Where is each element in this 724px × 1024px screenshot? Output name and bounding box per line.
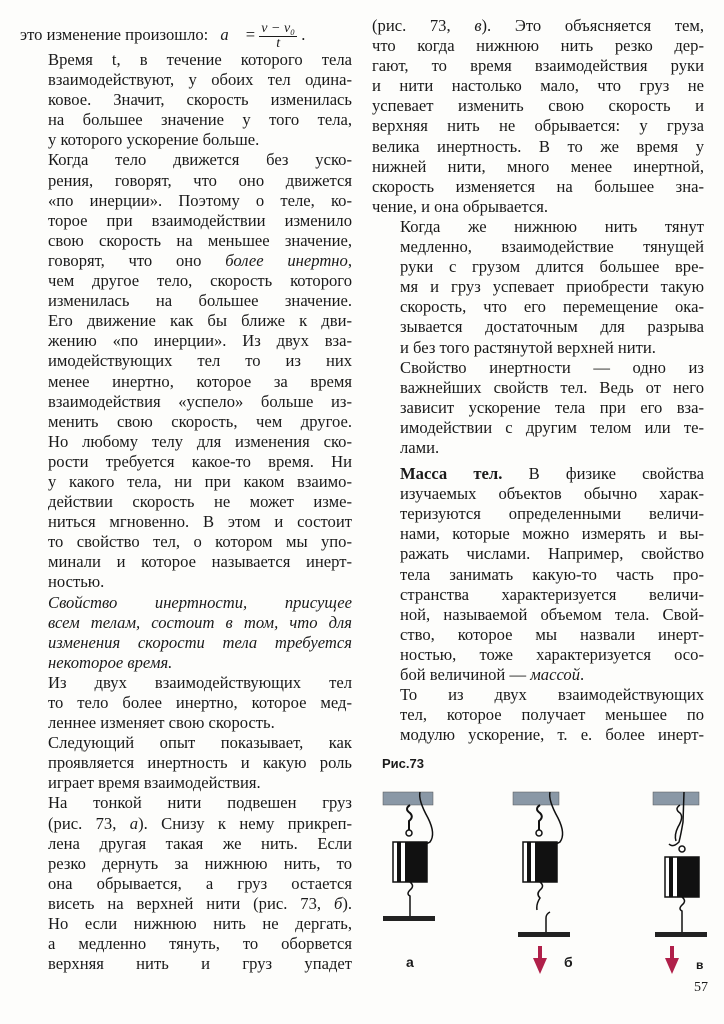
text-line: медленно, взаимодействие тянущей [372,237,704,257]
page-number: 57 [694,980,708,996]
paragraph-mass-definition: То из двух взаимодействующих тел, которо… [372,685,704,745]
text-span: , [348,251,352,270]
text-line: странства характеризуется величи- [372,585,704,605]
panel-v-apparatus [653,792,707,937]
text-line: То из двух взаимодействующих [372,685,704,705]
figure-illustration [370,752,720,1002]
text-line: модулю ускорение, т. е. более инерт- [372,725,704,745]
text-line: нижней нити, много менее инертной, [372,157,704,177]
text-line: Но если нижнюю нить не дергать, [20,914,352,934]
text-span: . [580,665,584,684]
paragraph-mass: Масса тел. В физике свойства изучаемых о… [372,464,704,685]
text-line: верхняя нить не обрывается: у груза [372,116,704,136]
text-span: ). Это объясняется тем, [482,16,704,35]
text-line: она обрывается, а груз остается [20,874,352,894]
paragraph-experiment-intro: Следующий опыт показывает, как проявляет… [20,733,352,793]
text-line: Из двух взаимодействующих тел [20,673,352,693]
text-line: менить свою скорость, чем другое. [20,412,352,432]
paragraph-two-bodies: Из двух взаимодействующих тел то тело бо… [20,673,352,733]
text-line: зывается достаточным для разрыва [372,317,704,337]
pull-arrow-b-icon [533,946,547,974]
formula-line: это изменение произошло: a⃗ = v − v₀ t . [20,20,352,50]
figure-ref-a: а [130,814,138,833]
text-line: всем телам, состоит в том, что для [20,613,352,633]
text-line: взаимодействуют, у обоих тел одина- [20,70,352,90]
formula-numerator: v − v₀ [259,22,297,37]
text-line: резко дернуть за нижнюю нить, то [20,854,352,874]
panel-b-apparatus [513,792,570,937]
definition-inertia: Свойство инертности, присущее всем телам… [20,593,352,673]
text-line: леннее изменяет свою скорость. [20,713,352,733]
text-line: взаимодействия «успело» больше из- [20,392,352,412]
text-span: В физике свойства [502,464,704,483]
text-line: гают, то время взаимодействия руки [372,56,704,76]
text-line: скорость изменяется на большее зна- [372,177,704,197]
text-line: то свойство тел, о котором мы упо- [20,532,352,552]
paragraph-experiment: На тонкой нити подвешен груз (рис. 73, а… [20,793,352,974]
text-span: ). [342,894,352,913]
text-line: ниться мгновенно. В этом и состоит [20,512,352,532]
paragraph-slow-pull: Когда же нижнюю нить тянут медленно, вза… [372,217,704,358]
text-line: действии скорость не может изме- [20,492,352,512]
text-line: ражать числами. Например, свойство [372,544,704,564]
panel-label-v: в [696,958,703,972]
figure-73: Рис.73 [370,752,720,1002]
text-line: а медленно тянуть, то оборвется [20,934,352,954]
text-line: Но любому телу для изменения ско- [20,432,352,452]
paragraph-inertia-motion: Когда тело движется без уско- рения, гов… [20,150,352,592]
text-line: лена другая такая же нить. Если [20,834,352,854]
text-line: у какого тела, ни при каком взаимо- [20,472,352,492]
text-line: ство, которое мы назвали инерт- [372,625,704,645]
text-line: у которого ускорение больше. [20,130,352,150]
text-line: важнейших свойств тел. Ведь от него [372,378,704,398]
paragraph-time: Время t, в течение которого тела взаимод… [20,50,352,150]
formula-denominator: t [259,37,297,51]
text-line: тела занимать какую-то часть про- [372,565,704,585]
text-line: чение, и она обрывается. [372,197,704,217]
emphasis-mass: массой [530,665,580,684]
figure-ref-v: в [474,16,481,35]
text-line: (рис. 73, в). Это объясняется тем, [372,16,704,36]
panel-a-apparatus [383,792,435,921]
text-line: нами, которые можно измерять и вы- [372,524,704,544]
text-span: (рис. 73, [372,16,451,35]
text-line: свою скорость на меньшее значение, [20,231,352,251]
text-line: велика инертность. В то же время у [372,137,704,157]
text-line: имодействии с другим телом или те- [372,418,704,438]
text-line: теризуются определенными величи- [372,504,704,524]
text-line: изменения скорости тела требуется [20,633,352,653]
text-line: изменилась на большее значение. [20,291,352,311]
text-span: (рис. 73, [48,814,116,833]
panel-label-a: а [406,954,414,970]
text-line: Следующий опыт показывает, как [20,733,352,753]
text-line: ковое. Значит, скорость изменилась [20,90,352,110]
text-line: Когда тело движется без уско- [20,150,352,170]
text-span: висеть на верхней нити (рис. 73, [48,894,321,913]
text-line: и нити настолько мало, что груз не [372,76,704,96]
text-line: успевает изменить свою скорость и [372,96,704,116]
text-line: Масса тел. В физике свойства [372,464,704,484]
text-line: зависит ускорение тела при его вза- [372,398,704,418]
pull-arrow-v-icon [665,946,679,974]
formula-lhs: a⃗ [220,25,241,44]
text-line: лами. [372,438,704,458]
text-line: имодействующих тел то из них [20,351,352,371]
right-column: (рис. 73, в). Это объясняется тем, что к… [372,16,704,745]
paragraph-property: Свойство инертности — одно из важнейших … [372,358,704,458]
section-heading-mass: Масса тел. [400,464,502,483]
text-line: ностью, тоже характеризуется осо- [372,645,704,665]
text-line: Время t, в течение которого тела [20,50,352,70]
formula-intro: это изменение произошло: [20,25,208,44]
text-line: руки с грузом длится большее вре- [372,257,704,277]
text-line: Его движение как бы ближе к дви- [20,311,352,331]
text-line: мя и груз успевает приобрести такую [372,277,704,297]
paragraph-continuation: (рис. 73, в). Это объясняется тем, что к… [372,16,704,217]
text-line: проявляется инертность и какую роль [20,753,352,773]
text-line: скорость, что его перемещение ока- [372,297,704,317]
text-line: на большее значение у того тела, [20,110,352,130]
text-line: Когда же нижнюю нить тянут [372,217,704,237]
text-line: (рис. 73, а). Снизу к нему прикреп- [20,814,352,834]
text-span: бой величиной — [400,665,526,684]
text-line: торое при взаимодействии изменило [20,211,352,231]
emphasis-more-inert: более инертно [225,251,348,270]
text-line: некоторое время. [20,653,352,673]
text-line: рости требуется какое-то время. Ни [20,452,352,472]
text-line: Свойство инертности — одно из [372,358,704,378]
text-line: играет время взаимодействия. [20,773,352,793]
text-line: тел, которое получает меньшее по [372,705,704,725]
text-line: жению «по инерции». Из двух вза- [20,331,352,351]
formula-fraction: v − v₀ t [259,22,297,51]
left-column: это изменение произошло: a⃗ = v − v₀ t .… [20,16,352,974]
panel-label-b: б [564,954,573,970]
text-line: висеть на верхней нити (рис. 73, б). [20,894,352,914]
text-line: «по инерции». Поэтому о теле, ко- [20,191,352,211]
text-line: чем другое тело, скорость которого [20,271,352,291]
text-line: то тело более инертно, которое мед- [20,693,352,713]
text-line: верхняя нить и груз упадет [20,954,352,974]
text-line: минали и которое называется инерт- [20,552,352,572]
text-line: рения, говорят, что оно движется [20,171,352,191]
text-line: менее инертно, которое за время [20,372,352,392]
text-line: ной, называемой объемом тела. Свой- [372,605,704,625]
text-line: ностью. [20,572,352,592]
text-span: говорят, что оно [48,251,201,270]
text-span: ). Снизу к нему прикреп- [138,814,352,833]
text-line: изучаемых объектов обычно харак- [372,484,704,504]
text-line: бой величиной — массой. [372,665,704,685]
text-line: На тонкой нити подвешен груз [20,793,352,813]
text-line: что когда нижнюю нить резко дер- [372,36,704,56]
text-line: говорят, что оно более инертно, [20,251,352,271]
text-line: Свойство инертности, присущее [20,593,352,613]
text-line: и без того растянутой верхней нити. [372,338,704,358]
